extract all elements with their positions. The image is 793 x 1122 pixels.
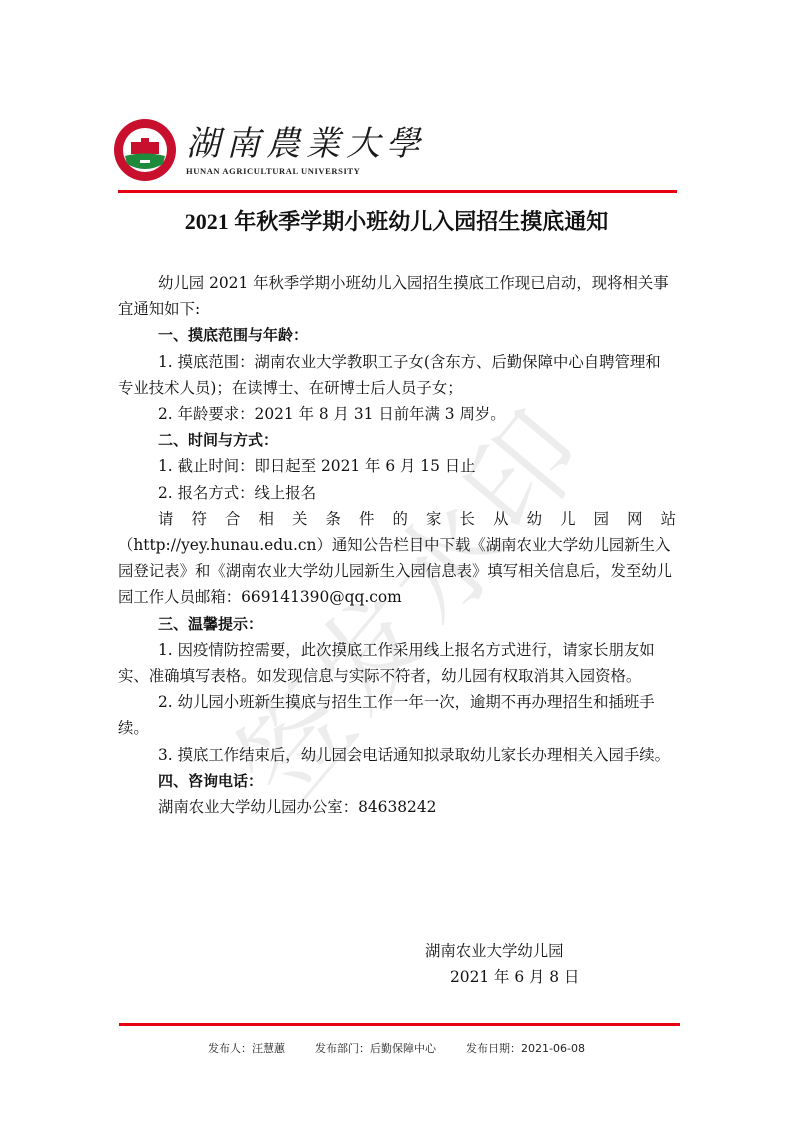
- university-name-en: HUNAN AGRICULTURAL UNIVERSITY: [186, 166, 360, 176]
- section-2-instruction-line: 请符合相关条件的家长从幼儿园网站: [118, 506, 676, 532]
- section-heading-4: 四、咨询电话：: [118, 768, 676, 794]
- contact-phone: 湖南农业大学幼儿园办公室：84638242: [118, 794, 676, 820]
- section-2-item-1: 1. 截止时间：即日起至 2021 年 6 月 15 日止: [118, 453, 676, 479]
- intro-paragraph: 幼儿园 2021 年秋季学期小班幼儿入园招生摸底工作现已启动，现将相关事宜通知如…: [118, 270, 676, 322]
- section-3-item-3: 3. 摸底工作结束后，幼儿园会电话通知拟录取幼儿家长办理相关入园手续。: [118, 742, 676, 768]
- footer-meta: 发布人：汪慧蕙 发布部门：后勤保障中心 发布日期：2021-06-08: [0, 1040, 793, 1056]
- section-1-item-1: 1. 摸底范围：湖南农业大学教职工子女(含东方、后勤保障中心自聘管理和专业技术人…: [118, 349, 676, 401]
- notice-body: 幼儿园 2021 年秋季学期小班幼儿入园招生摸底工作现已启动，现将相关事宜通知如…: [118, 270, 676, 820]
- section-heading-2: 二、时间与方式：: [118, 427, 676, 453]
- section-2-instruction-rest: （http://yey.hunau.edu.cn）通知公告栏目中下载《湖南农业大…: [118, 532, 676, 611]
- university-name-cn: 湖南農業大學: [186, 124, 426, 164]
- section-3-item-1: 1. 因疫情防控需要，此次摸底工作采用线上报名方式进行，请家长朋友如实、准确填写…: [118, 637, 676, 689]
- university-seal-icon: [113, 118, 177, 182]
- section-3-item-2: 2. 幼儿园小班新生摸底与招生工作一年一次，逾期不再办理招生和插班手续。: [118, 689, 676, 741]
- section-1-item-2: 2. 年龄要求：2021 年 8 月 31 日前年满 3 周岁。: [118, 401, 676, 427]
- signature-date: 2021 年 6 月 8 日: [425, 964, 579, 990]
- signature-org: 湖南农业大学幼儿园: [425, 938, 579, 964]
- department: 发布部门：后勤保障中心: [315, 1040, 436, 1056]
- publish-date: 发布日期：2021-06-08: [466, 1040, 585, 1056]
- section-heading-1: 一、摸底范围与年龄：: [118, 322, 676, 348]
- signature-block: 湖南农业大学幼儿园 2021 年 6 月 8 日: [425, 938, 579, 990]
- header-rule: [118, 190, 677, 193]
- footer-rule: [119, 1023, 680, 1026]
- section-2-item-2: 2. 报名方式：线上报名: [118, 480, 676, 506]
- page-title: 2021 年秋季学期小班幼儿入园招生摸底通知: [0, 205, 793, 236]
- publisher: 发布人：汪慧蕙: [208, 1040, 285, 1056]
- section-heading-3: 三、温馨提示：: [118, 611, 676, 637]
